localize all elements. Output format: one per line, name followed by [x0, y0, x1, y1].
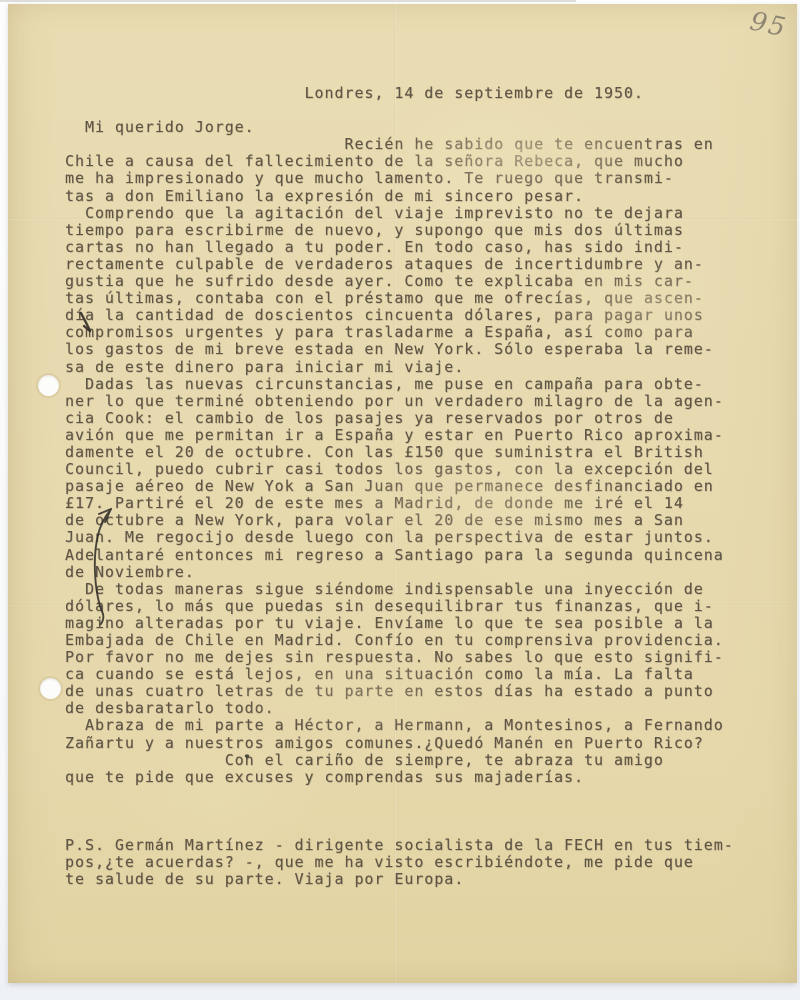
letter-line: Embajada de Chile en Madrid. Confío en t…: [65, 632, 765, 649]
letter-line: te salude de su parte. Viaja por Europa.: [65, 871, 765, 888]
letter-line: [65, 820, 765, 837]
letter-line: me ha impresionado y que mucho lamento. …: [65, 170, 765, 187]
letter-paper: Londres, 14 de septiembre de 1950. Mi qu…: [8, 4, 797, 983]
letter-line: tiempo para escribirme de nuevo, y supon…: [65, 222, 765, 239]
letter-line: Por favor no me dejes sin respuesta. No …: [65, 649, 765, 666]
letter-line: Zañartu y a nuestros amigos comunes.¿Que…: [65, 735, 765, 752]
letter-line: dólares, lo más que puedas sin desequili…: [65, 598, 765, 615]
letter-line: tas últimas, contaba con el préstamo que…: [65, 290, 765, 307]
letter-line: Con el cariño de siempre, te abraza tu a…: [65, 752, 765, 769]
letter-line: los gastos de mi breve estada en New Yor…: [65, 341, 765, 358]
letter-line: Mi querido Jorge.: [65, 119, 765, 136]
letter-line: £17. Partiré el 20 de este mes a Madrid,…: [65, 495, 765, 512]
letter-line: [65, 786, 765, 803]
letter-line: ner lo que terminé obteniendo por un ver…: [65, 393, 765, 410]
letter-line: compromisos urgentes y para trasladarme …: [65, 324, 765, 341]
page-number-annotation: 95: [747, 6, 790, 43]
letter-line: De todas maneras sigue siéndome indispen…: [65, 581, 765, 598]
letter-line: Council, puedo cubrir casi todos los gas…: [65, 461, 765, 478]
letter-line: pos,¿te acuerdas? -, que me ha visto esc…: [65, 854, 765, 871]
letter-line: Comprendo que la agitación del viaje imp…: [65, 205, 765, 222]
letter-line: sa de este dinero para iniciar mi viaje.: [65, 359, 765, 376]
letter-line: Recién he sabido que te encuentras en: [65, 136, 765, 153]
letter-line: Londres, 14 de septiembre de 1950.: [65, 85, 765, 102]
letter-line: Adelantaré entonces mi regreso a Santiag…: [65, 547, 765, 564]
letter-line: P.S. Germán Martínez - dirigente sociali…: [65, 837, 765, 854]
scanned-letter-page: Londres, 14 de septiembre de 1950. Mi qu…: [0, 0, 800, 1000]
letter-line: damente el 20 de octubre. Con las £150 q…: [65, 444, 765, 461]
letter-line: de unas cuatro letras de tu parte en est…: [65, 683, 765, 700]
letter-line: Chile a causa del fallecimiento de la se…: [65, 153, 765, 170]
letter-line: de octubre a New York, para volar el 20 …: [65, 512, 765, 529]
letter-line: [65, 803, 765, 820]
letter-line: Juan. Me regocijo desde luego con la per…: [65, 529, 765, 546]
letter-line: rectamente culpable de verdaderos ataque…: [65, 256, 765, 273]
letter-line: Dadas las nuevas circunstancias, me puse…: [65, 376, 765, 393]
letter-line: de desbaratarlo todo.: [65, 700, 765, 717]
punch-hole: [38, 375, 59, 396]
letter-line: día la cantidad de doscientos cincuenta …: [65, 307, 765, 324]
letter-line: tas a don Emiliano la expresión de mi si…: [65, 188, 765, 205]
letter-line: Abraza de mi parte a Héctor, a Hermann, …: [65, 717, 765, 734]
letter-line: magino alteradas por tu viaje. Envíame l…: [65, 615, 765, 632]
letter-line: pasaje aéreo de New Yok a San Juan que p…: [65, 478, 765, 495]
letter-line: que te pide que excuses y comprendas sus…: [65, 769, 765, 786]
letter-line: cartas no han llegado a tu poder. En tod…: [65, 239, 765, 256]
letter-line: ca cuando se está lejos, en una situació…: [65, 666, 765, 683]
punch-hole: [40, 678, 61, 699]
letter-line: gustia que he sufrido desde ayer. Como t…: [65, 273, 765, 290]
letter-line: [65, 102, 765, 119]
letter-line: avión que me permitan ir a España y esta…: [65, 427, 765, 444]
letter-line: cia Cook: el cambio de los pasajes ya re…: [65, 410, 765, 427]
scan-edge: [0, 0, 576, 2]
letter-body: Londres, 14 de septiembre de 1950. Mi qu…: [65, 85, 765, 888]
letter-line: de Noviembre.: [65, 564, 765, 581]
